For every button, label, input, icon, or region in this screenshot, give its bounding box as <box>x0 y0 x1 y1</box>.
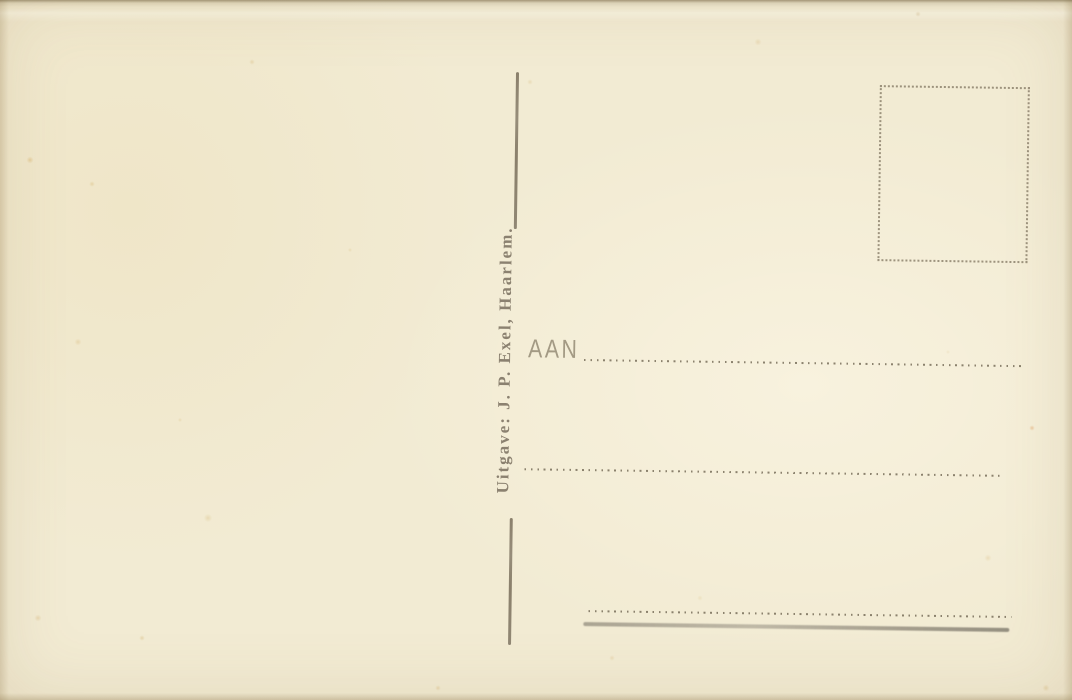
correspondence-area <box>0 0 505 700</box>
address-line-2 <box>524 468 1004 477</box>
address-line-1 <box>584 359 1022 367</box>
publisher-imprint: Uitgave: J. P. Exel, Haarlem. <box>493 185 518 535</box>
divider-line-bottom <box>508 518 513 645</box>
address-line-3 <box>588 610 1011 618</box>
postcard-back: Uitgave: J. P. Exel, Haarlem. AAN <box>0 0 1072 700</box>
address-to-label: AAN <box>528 335 580 362</box>
printed-layer: Uitgave: J. P. Exel, Haarlem. AAN <box>0 0 1072 700</box>
address-line-3-pencil-underline <box>583 622 1009 631</box>
stamp-box <box>877 85 1029 263</box>
